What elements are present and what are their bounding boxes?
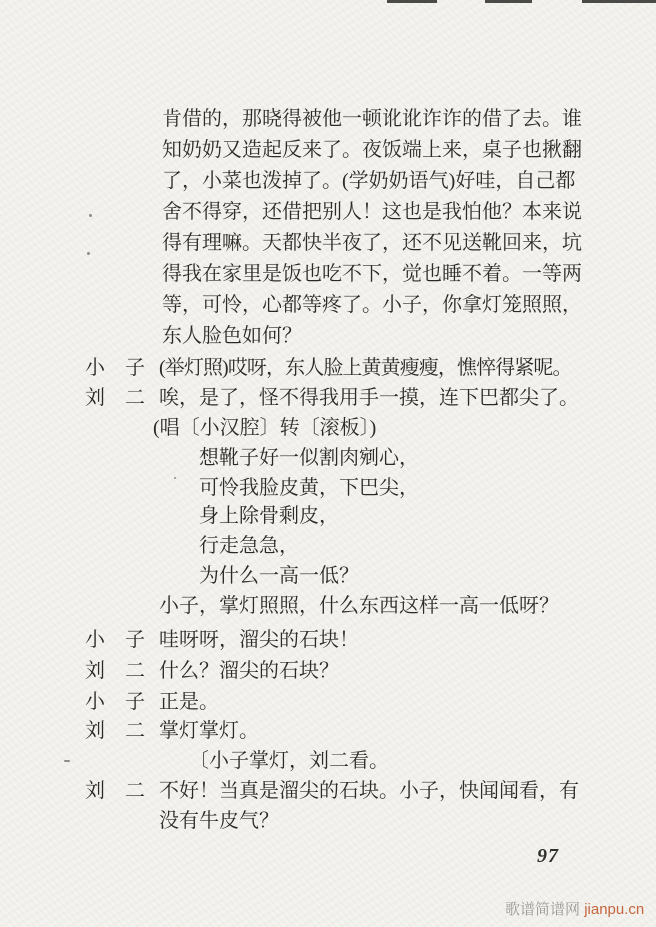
script-body-line: 等，可怜，心都等疼了。小子，你拿灯笼照照， [162,292,582,318]
script-body-line: 肯借的，那晓得被他一顿讹讹诈诈的借了去。谁 [162,106,582,132]
script-body-line: 东人脸色如何？ [162,323,302,349]
dialogue-text: 正是。 [159,689,219,715]
dialogue-text: 唉，是了，怪不得我用手一摸，连下巴都尖了。 [159,385,579,411]
verse-line: 行走急急， [199,533,299,559]
ink-speck [174,477,176,479]
script-body-line: 知奶奶又造起反来了。夜饭端上来，桌子也揪翻 [162,137,582,163]
stage-direction: 〔小子掌灯，刘二看。 [189,748,389,774]
speaker-name: 刘 二 [85,658,145,684]
scan-artifact-bar [387,0,437,3]
watermark-site-name: 歌谱简谱网 [505,901,580,918]
scan-artifact-bar [485,0,532,3]
dialogue-text: 不好！当真是溜尖的石块。小子，快闻闻看，有 [159,778,579,804]
speaker-name: 刘 二 [85,778,145,804]
ink-speck [87,252,90,255]
verse-line: 为什么一高一低？ [199,563,359,589]
script-body-line: 得有理嘛。天都快半夜了，还不见送靴回来，坑 [162,230,582,256]
speaker-name: 小 子 [85,355,145,381]
script-body-line: 舍不得穿，还借把别人！这也是我怕他？本来说 [162,199,582,225]
watermark-site-url: jianpu.cn [584,901,644,918]
dialogue-text: (举灯照)哎呀，东人脸上黄黄瘦瘦，憔悴得紧呢。 [159,355,572,381]
speaker-name: 小 子 [85,627,145,653]
speaker-name: 刘 二 [85,718,145,744]
dialogue-text: 小子，掌灯照照，什么东西这样一高一低呀？ [159,593,559,619]
watermark: 歌谱简谱网 jianpu.cn [505,898,644,919]
dialogue-text: 掌灯掌灯。 [159,718,259,744]
dialogue-text: 没有牛皮气？ [159,808,279,834]
verse-line: 可怜我脸皮黄，下巴尖， [199,475,419,501]
dialogue-text: 哇呀呀，溜尖的石块！ [159,627,359,653]
aria-header: (唱〔小汉腔〕转〔滚板〕) [153,415,376,441]
ink-speck [64,760,70,762]
ink-speck [89,214,92,217]
scan-artifact-bar [582,0,656,3]
dialogue-text: 什么？溜尖的石块？ [159,658,339,684]
script-body-line: 了，小菜也泼掉了。(学奶奶语气)好哇，自己都 [162,168,575,194]
speaker-name: 刘 二 [85,385,145,411]
verse-line: 身上除骨剩皮， [199,503,339,529]
page-number: 97 [537,845,559,868]
verse-line: 想靴子好一似割肉剜心， [199,445,419,471]
script-body-line: 得我在家里是饭也吃不下，觉也睡不着。一等两 [162,261,582,287]
speaker-name: 小 子 [85,689,145,715]
